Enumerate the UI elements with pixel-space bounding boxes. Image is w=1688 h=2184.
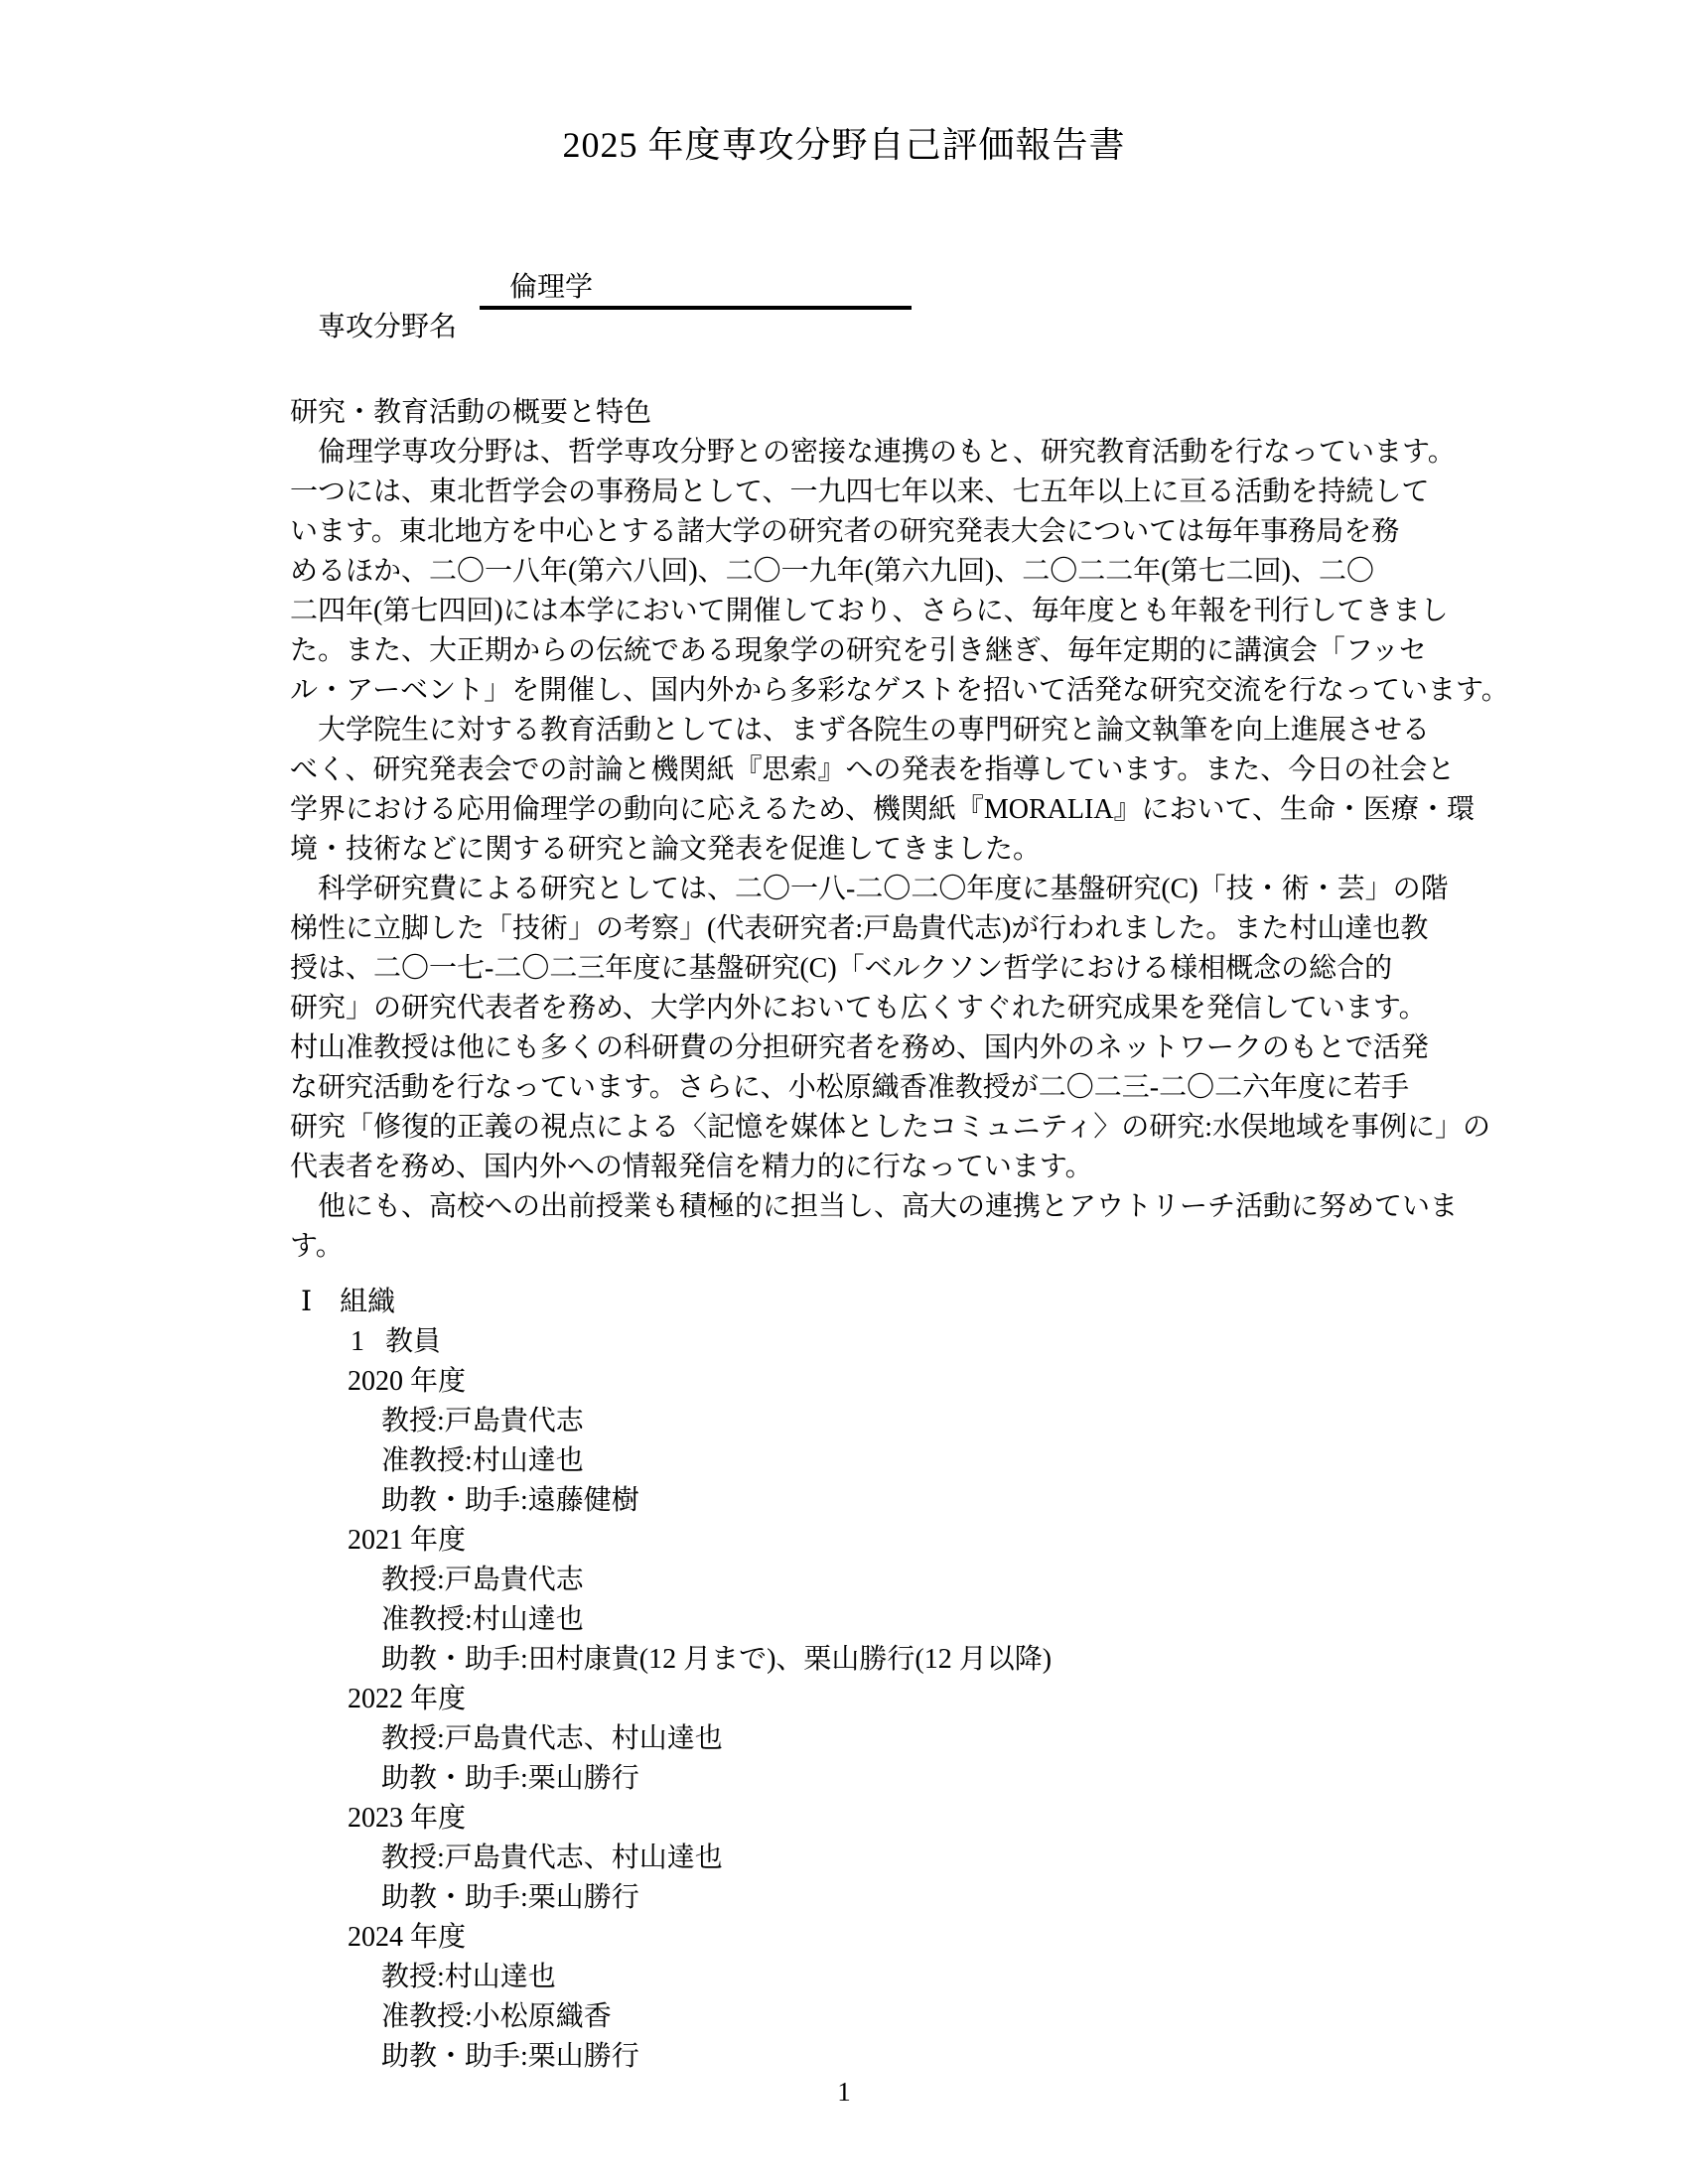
field-value: 倫理学: [509, 272, 593, 303]
overview-heading: 研究・教育活動の概要と特色: [290, 393, 1442, 433]
subsection-number: 1: [351, 1326, 364, 1357]
section-number: Ⅰ: [301, 1287, 312, 1317]
overview-line: 他にも、高校への出前授業も積極的に担当し、高大の連携とアウトリーチ活動に努めてい…: [290, 1187, 1442, 1227]
overview-line: 学界における応用倫理学の動向に応えるため、機関紙『MORALIA』において、生命…: [290, 790, 1442, 830]
member-line: 教授:戸島貴代志、村山達也: [290, 1839, 1442, 1878]
overview-line: 研究」の研究代表者を務め、大学内外においても広くすぐれた研究成果を発信しています…: [290, 989, 1442, 1028]
member-line: 教授:村山達也: [290, 1958, 1442, 1997]
member-line: 准教授:小松原織香: [290, 1997, 1442, 2037]
field-underline: 倫理学: [480, 268, 912, 310]
page-number: 1: [0, 2075, 1688, 2109]
overview-line: べく、研究発表会での討論と機関紙『思索』への発表を指導しています。また、今日の社…: [290, 751, 1442, 790]
overview-line: 研究「修復的正義の視点による〈記憶を媒体としたコミュニティ〉の研究:水俣地域を事…: [290, 1108, 1442, 1148]
overview-line: 授は、二〇一七-二〇二三年度に基盤研究(C)「ベルクソン哲学における様相概念の総…: [290, 949, 1442, 989]
overview-line: 代表者を務め、国内外への情報発信を精力的に行なっています。: [290, 1148, 1442, 1187]
overview-line: 梯性に立脚した「技術」の考察」(代表研究者:戸島貴代志)が行われました。また村山…: [290, 909, 1442, 949]
member-line: 准教授:村山達也: [290, 1600, 1442, 1640]
member-line: 助教・助手:栗山勝行: [290, 1759, 1442, 1799]
overview-line: す。: [290, 1227, 1442, 1267]
overview-line: た。また、大正期からの伝統である現象学の研究を引き継ぎ、毎年定期的に講演会「フッ…: [290, 631, 1442, 671]
overview-line: めるほか、二〇一八年(第六八回)、二〇一九年(第六九回)、二〇二二年(第七二回)…: [290, 552, 1442, 592]
section-heading: Ⅰ組織: [290, 1283, 1442, 1322]
member-line: 教授:戸島貴代志: [290, 1402, 1442, 1441]
subsection-heading: 1教員: [290, 1322, 1442, 1362]
year-heading: 2022 年度: [290, 1680, 1442, 1719]
field-label: 専攻分野名: [318, 308, 457, 347]
year-heading: 2023 年度: [290, 1799, 1442, 1839]
report-page: 2025 年度専攻分野自己評価報告書 専攻分野名 倫理学 研究・教育活動の概要と…: [0, 0, 1688, 2184]
subsection-title: 教員: [385, 1326, 441, 1357]
overview-line: 一つには、東北哲学会の事務局として、一九四七年以来、七五年以上に亘る活動を持続し…: [290, 473, 1442, 512]
document-title: 2025 年度専攻分野自己評価報告書: [0, 123, 1688, 167]
year-heading: 2020 年度: [290, 1362, 1442, 1402]
overview-line: 村山准教授は他にも多くの科研費の分担研究者を務め、国内外のネットワークのもとで活…: [290, 1028, 1442, 1068]
overview-line: 科学研究費による研究としては、二〇一八-二〇二〇年度に基盤研究(C)「技・術・芸…: [290, 870, 1442, 909]
overview-line: います。東北地方を中心とする諸大学の研究者の研究発表大会については毎年事務局を務: [290, 512, 1442, 552]
overview-line: な研究活動を行なっています。さらに、小松原織香准教授が二〇二三-二〇二六年度に若…: [290, 1068, 1442, 1108]
overview-line: 二四年(第七四回)には本学において開催しており、さらに、毎年度とも年報を刊行して…: [290, 592, 1442, 631]
member-line: 助教・助手:田村康貴(12 月まで)、栗山勝行(12 月以降): [290, 1640, 1442, 1680]
overview-line: 大学院生に対する教育活動としては、まず各院生の専門研究と論文執筆を向上進展させる: [290, 711, 1442, 751]
section-title: 組織: [340, 1287, 395, 1317]
year-heading: 2024 年度: [290, 1918, 1442, 1958]
overview-section: 研究・教育活動の概要と特色 倫理学専攻分野は、哲学専攻分野との密接な連携のもと、…: [290, 393, 1442, 1267]
member-line: 教授:戸島貴代志: [290, 1561, 1442, 1600]
member-line: 助教・助手:栗山勝行: [290, 1878, 1442, 1918]
member-line: 助教・助手:栗山勝行: [290, 2037, 1442, 2077]
overview-line: 境・技術などに関する研究と論文発表を促進してきました。: [290, 830, 1442, 870]
overview-line: ル・アーベント」を開催し、国内外から多彩なゲストを招いて活発な研究交流を行なって…: [290, 671, 1442, 711]
member-line: 教授:戸島貴代志、村山達也: [290, 1719, 1442, 1759]
year-heading: 2021 年度: [290, 1521, 1442, 1561]
member-line: 准教授:村山達也: [290, 1441, 1442, 1481]
overview-line: 倫理学専攻分野は、哲学専攻分野との密接な連携のもと、研究教育活動を行なっています…: [290, 433, 1442, 473]
member-line: 助教・助手:遠藤健樹: [290, 1481, 1442, 1521]
organization-section: Ⅰ組織 1教員 2020 年度 教授:戸島貴代志 准教授:村山達也 助教・助手:…: [290, 1283, 1442, 2077]
